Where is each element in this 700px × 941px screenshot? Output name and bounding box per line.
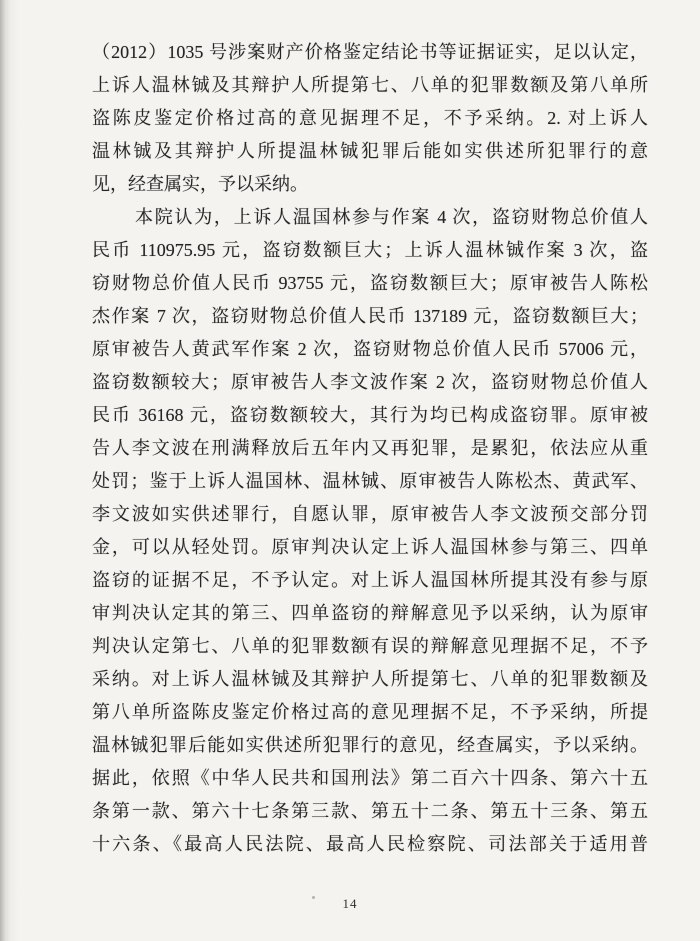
page: （2012）1035 号涉案财产价格鉴定结论书等证据证实，足以认定，上诉人温林铖… [0, 0, 700, 941]
document-body: （2012）1035 号涉案财产价格鉴定结论书等证据证实，足以认定，上诉人温林铖… [92, 36, 648, 861]
text-line: 盗窃的证据不足，不予认定。对上诉人温国林所提其没有参与原 [92, 564, 648, 597]
text-line: 第八单所盗陈皮鉴定价格过高的意见理据不足，不予采纳，所提 [92, 696, 648, 729]
text-line: 原审被告人黄武军作案 2 次，盗窃财物总价值人民币 57006 元， [92, 333, 648, 366]
text-line: 杰作案 7 次，盗窃财物总价值人民币 137189 元，盗窃数额巨大； [92, 300, 648, 333]
text-line: 处罚；鉴于上诉人温国林、温林铖、原审被告人陈松杰、黄武军、 [92, 465, 648, 498]
paragraph: （2012）1035 号涉案财产价格鉴定结论书等证据证实，足以认定，上诉人温林铖… [92, 36, 648, 201]
text-line: 窃财物总价值人民币 93755 元，盗窃数额巨大；原审被告人陈松 [92, 267, 648, 300]
scan-edge-shadow [0, 0, 18, 941]
text-line: 告人李文波在刑满释放后五年内又再犯罪，是累犯，依法应从重 [92, 432, 648, 465]
scan-artifact-dot [312, 896, 315, 899]
text-line: 民币 36168 元，盗窃数额较大，其行为均已构成盗窃罪。原审被 [92, 399, 648, 432]
text-line: 温林铖及其辩护人所提温林铖犯罪后能如实供述所犯罪行的意 [92, 135, 648, 168]
text-line: 据此，依照《中华人民共和国刑法》第二百六十四条、第六十五 [92, 762, 648, 795]
text-line: 见，经查属实，予以采纳。 [92, 168, 648, 201]
text-line: （2012）1035 号涉案财产价格鉴定结论书等证据证实，足以认定， [92, 36, 648, 69]
text-line: 民币 110975.95 元，盗窃数额巨大；上诉人温林铖作案 3 次，盗 [92, 234, 648, 267]
page-number: 14 [0, 896, 700, 912]
text-line: 条第一款、第六十七条第三款、第五十二条、第五十三条、第五 [92, 795, 648, 828]
text-line: 十六条、《最高人民法院、最高人民检察院、司法部关于适用普 [92, 828, 648, 861]
paragraph: 本院认为，上诉人温国林参与作案 4 次，盗窃财物总价值人民币 110975.95… [92, 201, 648, 861]
text-line: 李文波如实供述罪行，自愿认罪，原审被告人李文波预交部分罚 [92, 498, 648, 531]
text-line: 判决认定第七、八单的犯罪数额有误的辩解意见理据不足，不予 [92, 630, 648, 663]
text-line: 审判决认定其的第三、四单盗窃的辩解意见予以采纳，认为原审 [92, 597, 648, 630]
text-line: 盗陈皮鉴定价格过高的意见据理不足，不予采纳。2. 对上诉人 [92, 102, 648, 135]
text-line: 金，可以从轻处罚。原审判决认定上诉人温国林参与第三、四单 [92, 531, 648, 564]
text-line: 上诉人温林铖及其辩护人所提第七、八单的犯罪数额及第八单所 [92, 69, 648, 102]
text-line: 温林铖犯罪后能如实供述所犯罪行的意见，经查属实，予以采纳。 [92, 729, 648, 762]
text-line: 采纳。对上诉人温林铖及其辩护人所提第七、八单的犯罪数额及 [92, 663, 648, 696]
text-line: 本院认为，上诉人温国林参与作案 4 次，盗窃财物总价值人 [92, 201, 648, 234]
text-line: 盗窃数额较大；原审被告人李文波作案 2 次，盗窃财物总价值人 [92, 366, 648, 399]
